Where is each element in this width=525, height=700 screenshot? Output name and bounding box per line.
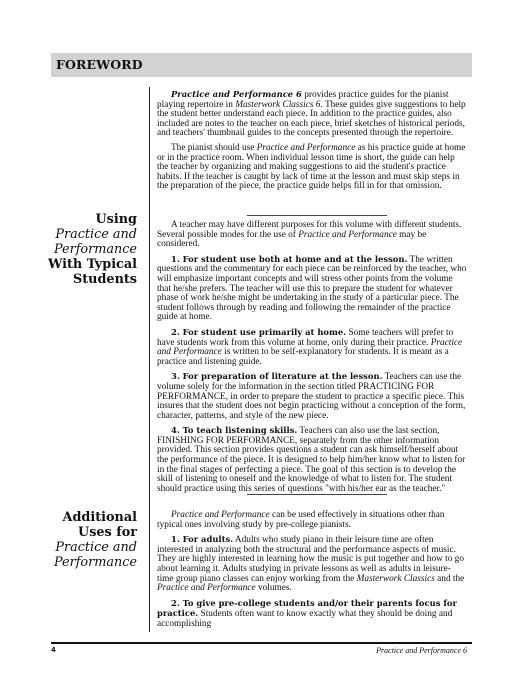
section1-intro: A teacher may have different purposes fo…: [157, 221, 467, 250]
list-item: 3. For preparation of literature at the …: [157, 372, 467, 421]
separator-rule: [247, 215, 387, 216]
list-item: 1. For adults. Adults who study piano in…: [157, 535, 467, 594]
page-title: FOREWORD: [56, 57, 143, 72]
intro-text: Practice and Performance 6 provides prac…: [157, 90, 467, 197]
separator-rule: [247, 494, 387, 495]
running-footer-title: Practice and Performance 6: [376, 646, 467, 655]
section1-text: A teacher may have different purposes fo…: [157, 221, 467, 499]
section-heading-additional-uses: Additional Uses for Practice and Perform…: [54, 510, 137, 570]
list-item: 2. For student use primarily at home. So…: [157, 328, 467, 367]
section2-intro: Practice and Performance can be used eff…: [157, 511, 467, 530]
intro-paragraph-1: Practice and Performance 6 provides prac…: [157, 90, 467, 139]
list-item: 4. To teach listening skills. Teachers c…: [157, 426, 467, 494]
list-item: 2. To give pre-college students and/or t…: [157, 599, 467, 630]
section-heading-using: Using Practice and Performance With Typi…: [48, 212, 137, 287]
footer-rule: [51, 642, 472, 644]
list-item: 1. For student use both at home and at t…: [157, 255, 467, 323]
intro-paragraph-2: The pianist should use Practice and Perf…: [157, 144, 467, 192]
section2-text: Practice and Performance can be used eff…: [157, 511, 467, 635]
column-divider: [149, 87, 150, 632]
page-number: 4: [51, 646, 56, 654]
section-banner: FOREWORD: [51, 53, 472, 77]
